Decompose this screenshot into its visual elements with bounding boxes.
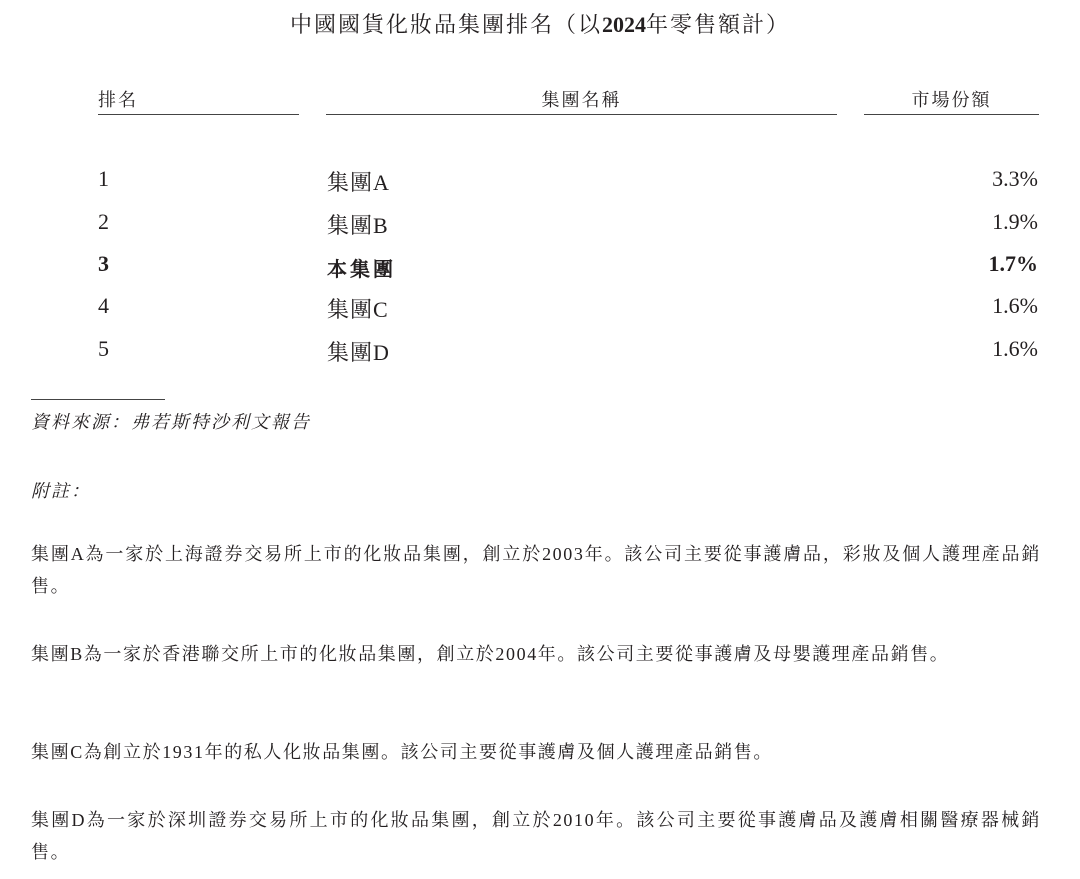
column-header-name: 集團名稱 — [326, 86, 837, 115]
table-row: 1 集團A 3.3% — [0, 166, 1080, 196]
share-cell: 3.3% — [992, 166, 1038, 192]
share-cell: 1.6% — [992, 293, 1038, 319]
title-year: 2024 — [602, 12, 646, 37]
column-header-rank: 排名 — [98, 86, 299, 115]
rank-cell: 1 — [98, 166, 109, 192]
rank-cell: 3 — [98, 251, 109, 277]
source-note: 資料來源：弗若斯特沙利文報告 — [31, 408, 311, 434]
name-cell: 本集團 — [327, 253, 396, 282]
title-suffix: 年零售額計） — [646, 13, 790, 38]
table-row: 4 集團C 1.6% — [0, 293, 1080, 323]
note-group-b: 集團B為一家於香港聯交所上市的化妝品集團，創立於2004年。該公司主要從事護膚及… — [31, 638, 1041, 670]
name-cell: 集團A — [327, 166, 390, 197]
rank-cell: 2 — [98, 209, 109, 235]
page-title: 中國國貨化妝品集團排名（以2024年零售額計） — [0, 8, 1080, 39]
note-group-c: 集團C為創立於1931年的私人化妝品集團。該公司主要從事護膚及個人護理產品銷售。 — [31, 736, 1041, 768]
table-row: 5 集團D 1.6% — [0, 336, 1080, 366]
footnote-divider — [31, 399, 165, 400]
rank-cell: 4 — [98, 293, 109, 319]
column-header-share: 市場份額 — [864, 86, 1039, 115]
name-cell: 集團B — [327, 209, 389, 240]
rank-cell: 5 — [98, 336, 109, 362]
table-row: 2 集團B 1.9% — [0, 209, 1080, 239]
name-cell: 集團C — [327, 293, 389, 324]
note-group-d: 集團D為一家於深圳證券交易所上市的化妝品集團，創立於2010年。該公司主要從事護… — [31, 804, 1041, 868]
share-cell: 1.7% — [989, 251, 1039, 277]
note-group-a: 集團A為一家於上海證券交易所上市的化妝品集團，創立於2003年。該公司主要從事護… — [31, 538, 1041, 602]
share-cell: 1.6% — [992, 336, 1038, 362]
table-row-highlighted: 3 本集團 1.7% — [0, 251, 1080, 281]
notes-label: 附註： — [31, 477, 91, 503]
name-cell: 集團D — [327, 336, 390, 367]
share-cell: 1.9% — [992, 209, 1038, 235]
title-prefix: 中國國貨化妝品集團排名（以 — [290, 13, 602, 38]
